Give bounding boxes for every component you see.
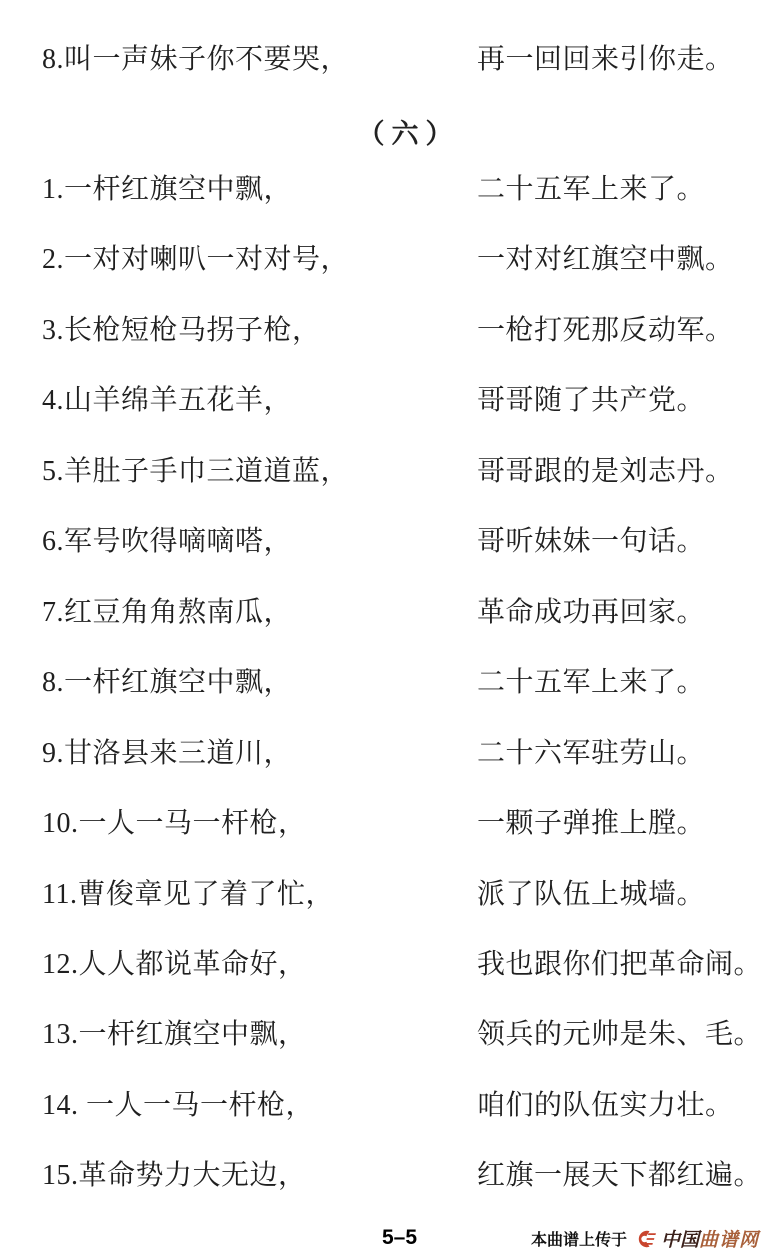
lyric-left-text: 11.曹俊章见了着了忙，	[42, 877, 334, 913]
carryover-line: 8.叫一声妹子你不要哭， 再一回回来引你走。	[0, 42, 767, 80]
upload-credit: 本曲谱上传于 中国 曲谱网	[531, 1225, 759, 1252]
lyric-right-text: 哥哥随了共产党。	[477, 383, 705, 419]
lyric-right-text: 哥哥跟的是刘志丹。	[477, 454, 734, 490]
lyric-right-text: 一颗子弹推上膛。	[477, 806, 705, 842]
lyric-row: 3.长枪短枪马拐子枪， 一枪打死那反动军。	[0, 313, 767, 351]
lyric-right-text: 革命成功再回家。	[477, 595, 705, 631]
lyric-right-text: 领兵的元帅是朱、毛。	[477, 1017, 762, 1053]
site-name-qupuwang: 曲谱网	[699, 1225, 759, 1252]
lyric-row: 14. 一人一马一杆枪， 咱们的队伍实力壮。	[0, 1088, 767, 1126]
lyric-left-text: 5.羊肚子手巾三道道蓝，	[42, 454, 349, 490]
lyric-right-text: 二十五军上来了。	[477, 665, 705, 701]
lyric-left-text: 7.红豆角角熬南瓜，	[42, 595, 292, 631]
lyric-left-text: 10.一人一马一杆枪，	[42, 806, 307, 842]
lyric-row: 5.羊肚子手巾三道道蓝， 哥哥跟的是刘志丹。	[0, 454, 767, 492]
page-number: 5–5	[382, 1226, 417, 1250]
section-heading: （六）	[25, 112, 767, 151]
lyric-row: 4.山羊绵羊五花羊， 哥哥随了共产党。	[0, 383, 767, 421]
lyric-right-text: 红旗一展天下都红遍。	[477, 1158, 762, 1194]
lyric-left-text: 2.一对对喇叭一对对号，	[42, 242, 349, 278]
lyric-left-text: 3.长枪短枪马拐子枪，	[42, 313, 321, 349]
lyric-right-text: 二十五军上来了。	[477, 172, 705, 208]
carryover-left-text: 8.叫一声妹子你不要哭，	[42, 42, 349, 78]
lyric-right-text: 一枪打死那反动军。	[477, 313, 734, 349]
lyric-right-text: 二十六军驻劳山。	[477, 736, 705, 772]
lyric-row: 13.一杆红旗空中飘， 领兵的元帅是朱、毛。	[0, 1017, 767, 1055]
lyric-row: 9.甘洛县来三道川， 二十六军驻劳山。	[0, 736, 767, 774]
lyric-left-text: 8.一杆红旗空中飘，	[42, 665, 292, 701]
lyric-left-text: 14. 一人一马一杆枪，	[42, 1088, 314, 1124]
lyric-left-text: 4.山羊绵羊五花羊，	[42, 383, 292, 419]
lyrics-sheet-page: 8.叫一声妹子你不要哭， 再一回回来引你走。 （六） 1.一杆红旗空中飘， 二十…	[0, 0, 767, 1258]
lyric-row: 10.一人一马一杆枪， 一颗子弹推上膛。	[0, 806, 767, 844]
lyric-row: 15.革命势力大无边， 红旗一展天下都红遍。	[0, 1158, 767, 1196]
lyric-row: 1.一杆红旗空中飘， 二十五军上来了。	[0, 172, 767, 210]
lyric-left-text: 12.人人都说革命好，	[42, 947, 307, 983]
lyric-right-text: 派了队伍上城墙。	[477, 877, 705, 913]
lyric-left-text: 13.一杆红旗空中飘，	[42, 1017, 307, 1053]
site-name-china: 中国	[661, 1225, 699, 1252]
lyric-left-text: 9.甘洛县来三道川，	[42, 736, 292, 772]
qupu-logo-icon	[634, 1228, 658, 1250]
upload-credit-text: 本曲谱上传于	[531, 1227, 627, 1250]
carryover-right-text: 再一回回来引你走。	[477, 42, 734, 78]
lyric-right-text: 一对对红旗空中飘。	[477, 242, 734, 278]
lyric-row: 12.人人都说革命好， 我也跟你们把革命闹。	[0, 947, 767, 985]
lyric-left-text: 15.革命势力大无边，	[42, 1158, 307, 1194]
lyric-row: 11.曹俊章见了着了忙， 派了队伍上城墙。	[0, 877, 767, 915]
lyric-row: 2.一对对喇叭一对对号， 一对对红旗空中飘。	[0, 242, 767, 280]
lyric-row: 7.红豆角角熬南瓜， 革命成功再回家。	[0, 595, 767, 633]
lyric-right-text: 我也跟你们把革命闹。	[477, 947, 762, 983]
lyric-row: 6.军号吹得嘀嘀嗒， 哥听妹妹一句话。	[0, 524, 767, 562]
lyric-right-text: 咱们的队伍实力壮。	[477, 1088, 734, 1124]
lyric-right-text: 哥听妹妹一句话。	[477, 524, 705, 560]
lyric-left-text: 6.军号吹得嘀嘀嗒，	[42, 524, 292, 560]
lyric-row: 8.一杆红旗空中飘， 二十五军上来了。	[0, 665, 767, 703]
lyric-left-text: 1.一杆红旗空中飘，	[42, 172, 292, 208]
